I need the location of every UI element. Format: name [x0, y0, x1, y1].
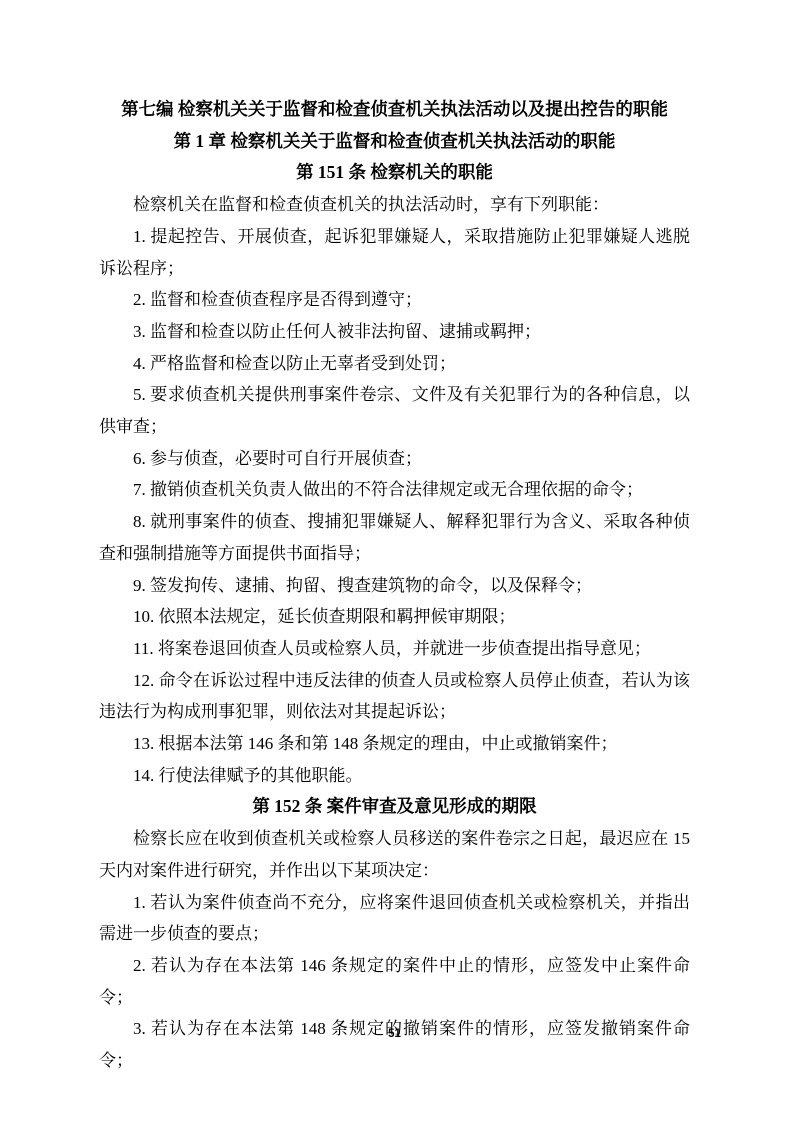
document-content: 第七编 检察机关关于监督和检查侦查机关执法活动以及提出控告的职能 第 1 章 检… [99, 94, 690, 1077]
article-152-intro: 检察长应在收到侦查机关或检察人员移送的案件卷宗之日起，最迟应在 15 天内对案件… [99, 823, 690, 886]
article-152-item-1: 1. 若认为案件侦查尚不充分，应将案件退回侦查机关或检察机关，并指出需进一步侦查… [99, 887, 690, 950]
part-heading: 第七编 检察机关关于监督和检查侦查机关执法活动以及提出控告的职能 [99, 94, 690, 126]
article-151-item-6: 6. 参与侦查，必要时可自行开展侦查； [99, 443, 690, 475]
article-151-item-7: 7. 撤销侦查机关负责人做出的不符合法律规定或无合理依据的命令； [99, 474, 690, 506]
article-151-item-1: 1. 提起控告、开展侦查，起诉犯罪嫌疑人，采取措施防止犯罪嫌疑人逃脱诉讼程序； [99, 221, 690, 284]
article-151-item-3: 3. 监督和检查以防止任何人被非法拘留、逮捕或羁押； [99, 316, 690, 348]
article-151-item-10: 10. 依照本法规定，延长侦查期限和羁押候审期限； [99, 601, 690, 633]
chapter-heading: 第 1 章 检察机关关于监督和检查侦查机关执法活动的职能 [99, 126, 690, 158]
document-page: 第七编 检察机关关于监督和检查侦查机关执法活动以及提出控告的职能 第 1 章 检… [0, 0, 793, 1122]
page-number: 51 [99, 1028, 690, 1040]
article-151-item-14: 14. 行使法律赋予的其他职能。 [99, 760, 690, 792]
article-151-item-11: 11. 将案卷退回侦查人员或检察人员，并就进一步侦查提出指导意见； [99, 633, 690, 665]
article-152-heading: 第 152 条 案件审查及意见形成的期限 [99, 791, 690, 823]
article-151-item-12: 12. 命令在诉讼过程中违反法律的侦查人员或检察人员停止侦查，若认为该违法行为构… [99, 665, 690, 728]
article-151-item-13: 13. 根据本法第 146 条和第 148 条规定的理由，中止或撤销案件； [99, 728, 690, 760]
article-151-item-8: 8. 就刑事案件的侦查、搜捕犯罪嫌疑人、解释犯罪行为含义、采取各种侦查和强制措施… [99, 506, 690, 569]
article-151-intro: 检察机关在监督和检查侦查机关的执法活动时，享有下列职能： [99, 189, 690, 221]
article-151-item-5: 5. 要求侦查机关提供刑事案件卷宗、文件及有关犯罪行为的各种信息，以供审查； [99, 379, 690, 442]
article-152-item-2: 2. 若认为存在本法第 146 条规定的案件中止的情形，应签发中止案件命令； [99, 950, 690, 1013]
article-151-item-9: 9. 签发拘传、逮捕、拘留、搜查建筑物的命令，以及保释令； [99, 570, 690, 602]
article-151-item-2: 2. 监督和检查侦查程序是否得到遵守； [99, 284, 690, 316]
article-151-item-4: 4. 严格监督和检查以防止无辜者受到处罚； [99, 348, 690, 380]
article-152-item-3: 3. 若认为存在本法第 148 条规定的撤销案件的情形，应签发撤销案件命令； [99, 1013, 690, 1076]
article-151-heading: 第 151 条 检察机关的职能 [99, 157, 690, 189]
